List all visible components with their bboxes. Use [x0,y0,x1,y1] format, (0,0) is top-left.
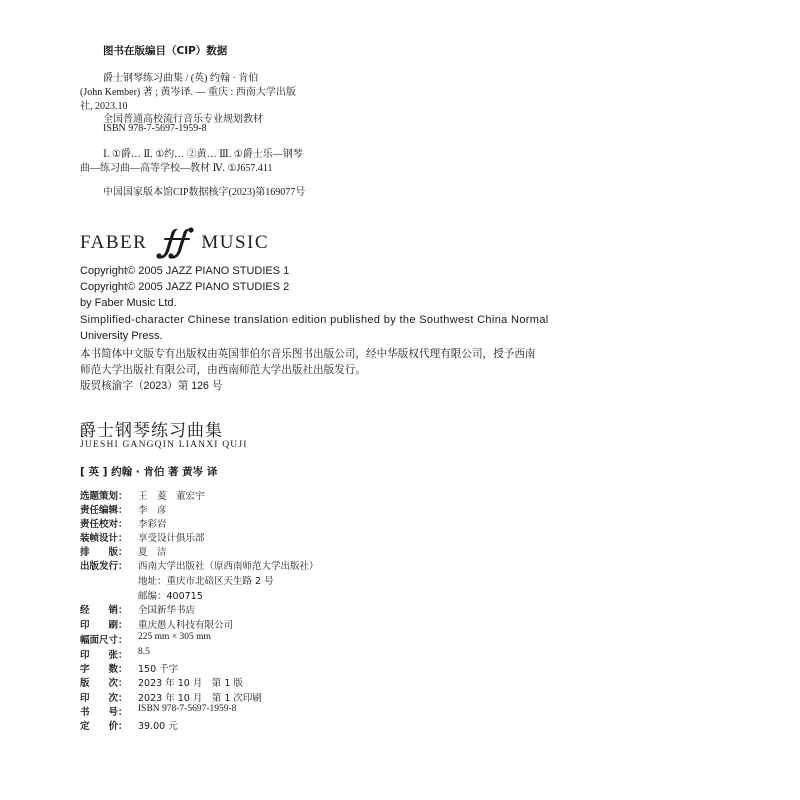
cip-line: 曲—练习曲—高等学校—教材 Ⅳ. ①J657.411 [80,159,272,174]
info-row-sheets: 印 张： 8.5 [80,647,150,661]
info-value: 西南大学出版社（原西南师范大学出版社） [138,558,319,572]
info-label: 印 次： [80,690,138,704]
publisher-postcode: 邮编：400715 [138,588,203,602]
info-value: 39.00 元 [138,718,178,732]
info-row-edition: 版 次： 2023 年 10 月 第 1 版 [80,675,243,689]
info-row-editor: 责任编辑： 李 彦 [80,502,167,516]
info-label: 版 次： [80,675,138,689]
publisher-address: 地址：重庆市北碚区天生路 2 号 [138,573,274,587]
info-row-printing: 印 次： 2023 年 10 月 第 1 次印刷 [80,690,262,704]
info-value: 8.5 [138,647,150,661]
info-value: 150 千字 [138,661,178,675]
info-label: 经 销： [80,602,138,616]
info-value: 夏 洁 [138,544,167,558]
copyright-line: Simplified-character Chinese translation… [80,314,549,326]
info-label: 出版发行： [80,558,138,572]
info-row-design: 装帧设计： 享受设计俱乐部 [80,530,205,544]
info-label: 字 数： [80,661,138,675]
info-value: 2023 年 10 月 第 1 次印刷 [138,690,262,704]
cip-line: (John Kember) 著 ; 黄岑译. — 重庆 : 西南大学出版 [80,83,296,98]
cip-heading: 图书在版编目（CIP）数据 [103,43,227,58]
info-row-typesetting: 排 版： 夏 洁 [80,544,167,558]
info-label: 排 版： [80,544,138,558]
info-label: 定 价： [80,718,138,732]
info-label: 印 刷： [80,617,138,631]
info-value: 李 彦 [138,502,167,516]
info-row-printer: 印 刷： 重庆愚人科技有限公司 [80,617,233,631]
info-value: 全国新华书店 [138,602,195,616]
info-value: 享受设计俱乐部 [138,530,205,544]
info-row-price: 定 价： 39.00 元 [80,718,178,732]
faber-music-logo: FABER MUSIC [80,226,269,260]
info-value: 李彩岩 [138,516,167,530]
cip-line: ISBN 978-7-5697-1959-8 [103,123,207,134]
info-row-planning: 选题策划： 王 菱 董宏宇 [80,488,205,502]
info-label: 幅面尺寸： [80,632,138,646]
copyright-line: 版贸核渝字（2023）第 126 号 [80,378,222,393]
info-row-publisher: 出版发行： 西南大学出版社（原西南师范大学出版社） [80,558,319,572]
author-line: [ 英 ] 约翰 · 肯伯 著 黄岑 译 [80,464,217,479]
info-value: 重庆愚人科技有限公司 [138,617,233,631]
info-row-proofreader: 责任校对： 李彩岩 [80,516,167,530]
info-row-distributor: 经 销： 全国新华书店 [80,602,195,616]
cip-line: 爵士钢琴练习曲集 / (英) 约翰 · 肯伯 [103,69,258,84]
info-label: 印 张： [80,647,138,661]
copyright-line: 本书简体中文版专有出版权由英国菲伯尔音乐图书出版公司，经中华版权代理有限公司，授… [80,346,536,361]
info-value: 225 mm × 305 mm [138,632,211,646]
book-title: 爵士钢琴练习曲集 [79,416,223,441]
info-label: 选题策划： [80,488,138,502]
info-value: 王 菱 董宏宇 [138,488,205,502]
copyright-line: Copyright© 2005 JAZZ PIANO STUDIES 1 [80,265,289,277]
info-row-isbn: 书 号： ISBN 978-7-5697-1959-8 [80,704,236,718]
info-label: 责任校对： [80,516,138,530]
logo-word-faber: FABER [80,232,147,254]
cip-line: Ⅰ. ①爵… Ⅱ. ①约… ②黄… Ⅲ. ①爵士乐—钢琴 [103,145,303,160]
info-row-wordcount: 字 数： 150 千字 [80,661,178,675]
copyright-line: by Faber Music Ltd. [80,297,177,309]
info-value: ISBN 978-7-5697-1959-8 [138,704,236,718]
info-label: 装帧设计： [80,530,138,544]
info-value: 2023 年 10 月 第 1 版 [138,675,243,689]
copyright-line: Copyright© 2005 JAZZ PIANO STUDIES 2 [80,281,289,293]
info-label: 书 号： [80,704,138,718]
book-pinyin: JUESHI GANGQIN LIANXI QUJI [80,440,248,450]
cip-line: 中国国家版本馆CIP数据核字(2023)第169077号 [103,183,305,198]
copyright-line: University Press. [80,330,163,342]
info-label: 责任编辑： [80,502,138,516]
logo-word-music: MUSIC [201,232,269,254]
ff-logo-icon [153,226,195,260]
info-row-format: 幅面尺寸： 225 mm × 305 mm [80,632,211,646]
copyright-line: 师范大学出版社有限公司，由西南师范大学出版社出版发行。 [80,362,366,377]
